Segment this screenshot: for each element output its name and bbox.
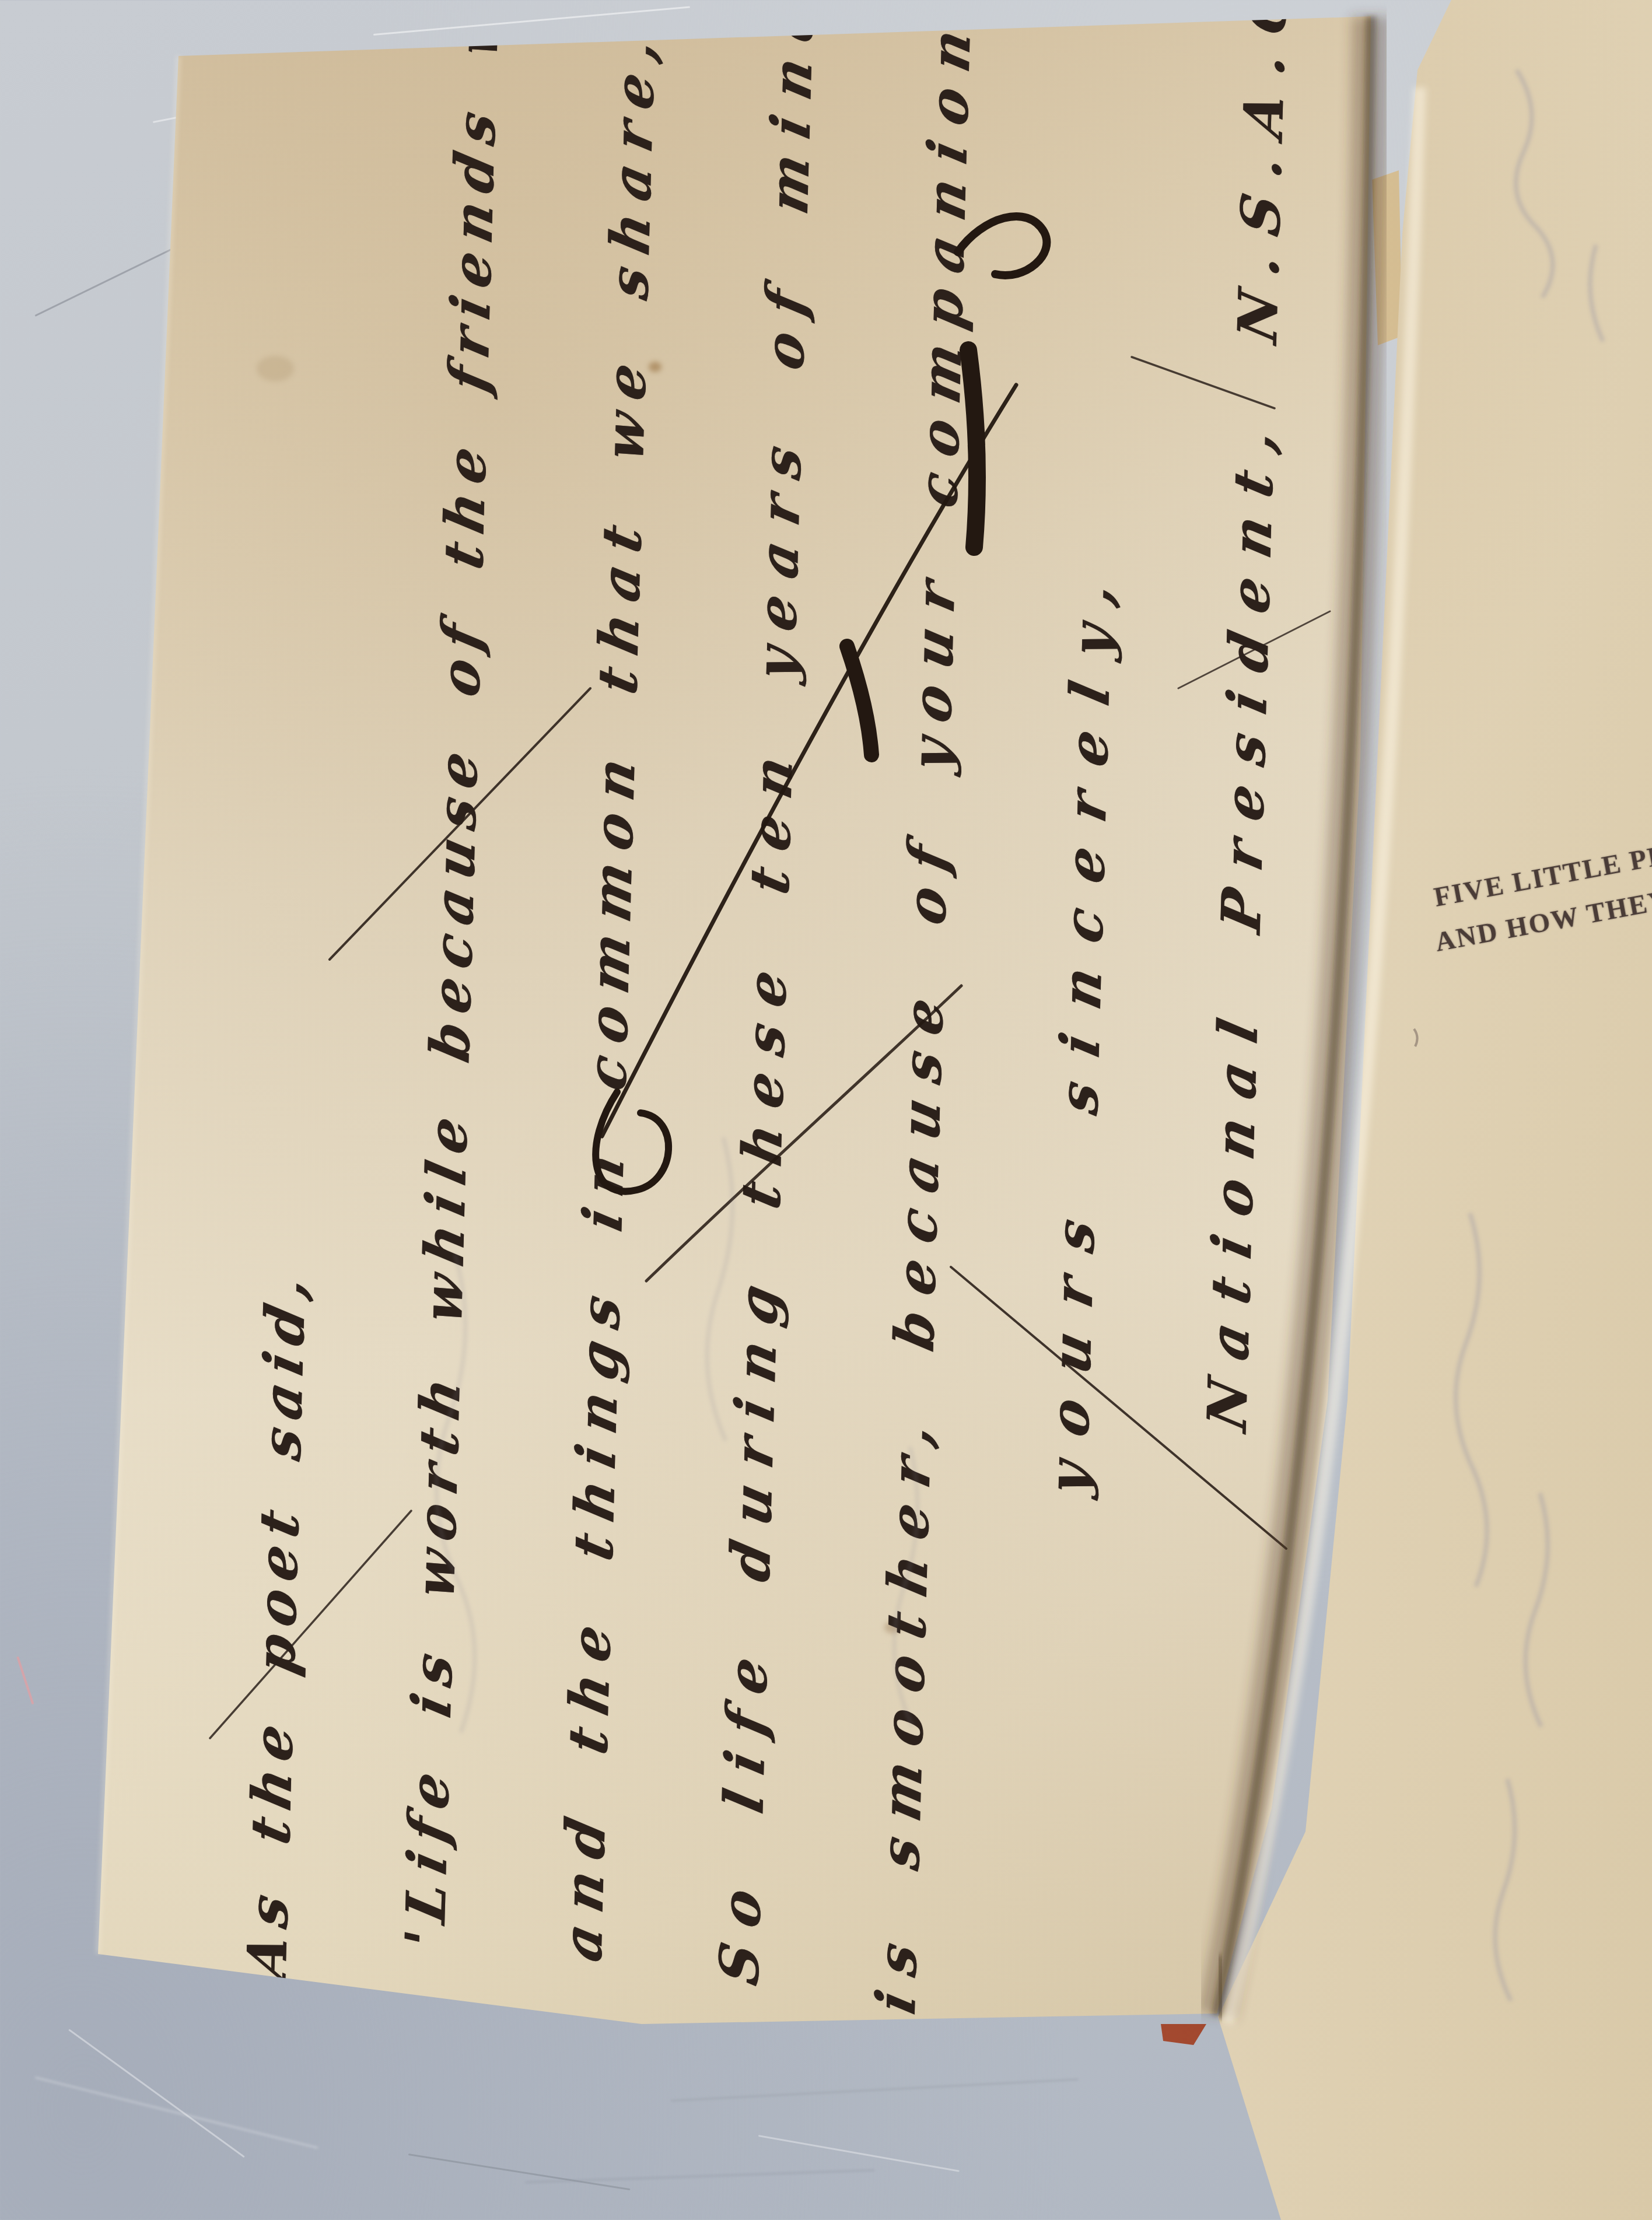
pink-scratch	[16, 1656, 34, 1704]
table-crease	[671, 2078, 1079, 2102]
half-title: FIVE LITTLE PEPPER AND HOW THEY GRE	[1430, 819, 1652, 964]
inscription-handwriting: As the poet said, 'Life is worth while b…	[187, 163, 1289, 2030]
table-crease	[35, 2077, 318, 2149]
table-scratch	[408, 2154, 631, 2190]
table-crease	[525, 2169, 875, 2183]
table-scratch	[373, 6, 690, 36]
stray-ink-mark	[1414, 1029, 1417, 1046]
book-photo: { "inscription": { "lines": [ "As the po…	[0, 0, 1652, 2220]
table-scratch	[34, 246, 177, 317]
table-scratch	[758, 2135, 960, 2172]
